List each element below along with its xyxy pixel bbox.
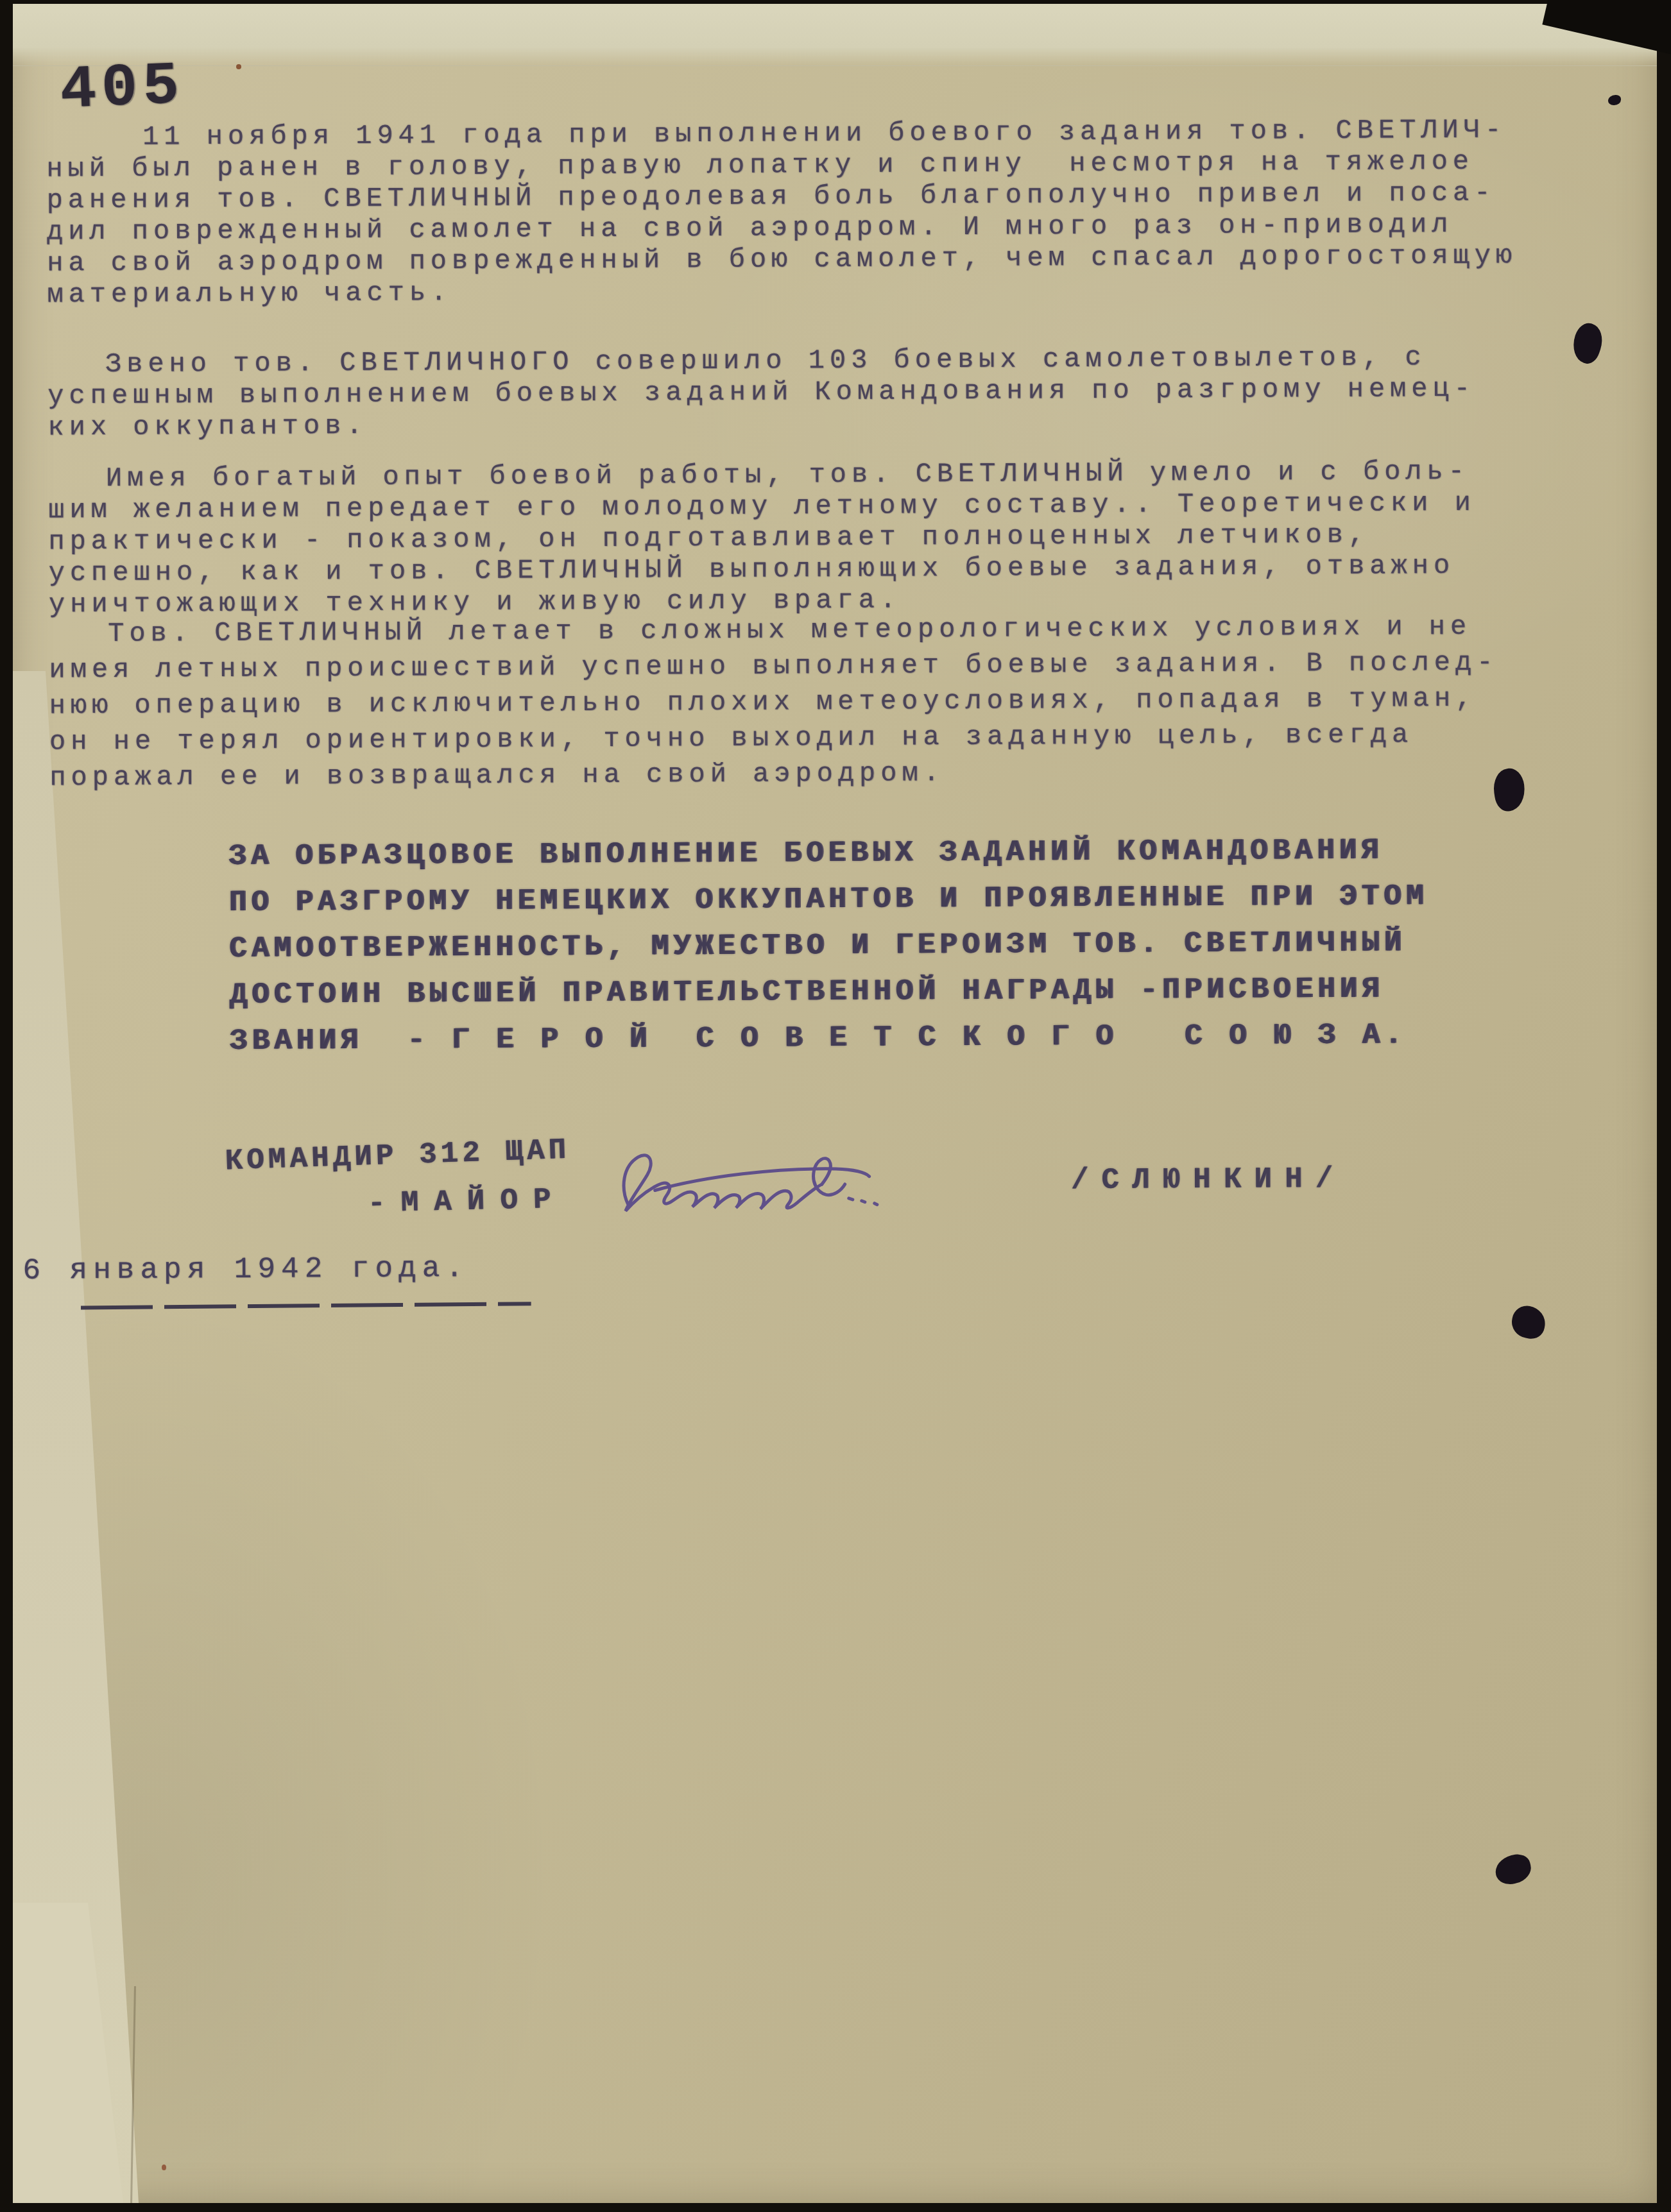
page-number-stamp: 405 [59,53,185,126]
paragraph-training-experience: Имея богатый опыт боевой работы, тов. СВ… [48,455,1602,621]
paragraph-weather-flying: Тов. СВЕТЛИЧНЫЙ летает в сложных метеоро… [49,608,1602,796]
signature-name-stamp: /СЛЮНКИН/ [1071,1164,1346,1196]
signature-rank-line: -МАЙОР [367,1184,567,1220]
ink-speck [162,2165,166,2170]
date-underline [81,1302,531,1309]
handwritten-signature [610,1127,944,1232]
typed-content: 405 11 ноября 1941 года при выполнении б… [7,0,1663,2208]
paragraph-wounded-landing: 11 ноября 1941 года при выполнении боево… [46,114,1600,311]
signature-unit-line: КОМАНДИР 312 ЩАП [225,1135,570,1178]
date-line: 6 января 1942 года. [22,1253,469,1287]
ink-speck [236,64,241,69]
document-sheet: 405 11 ноября 1941 года при выполнении б… [13,4,1657,2203]
award-citation-block: ЗА ОБРАЗЦОВОЕ ВЫПОЛНЕНИЕ БОЕВЫХ ЗАДАНИЙ … [228,827,1487,1064]
paragraph-sorties-count: Звено тов. СВЕТЛИЧНОГО совершило 103 бое… [47,341,1601,444]
